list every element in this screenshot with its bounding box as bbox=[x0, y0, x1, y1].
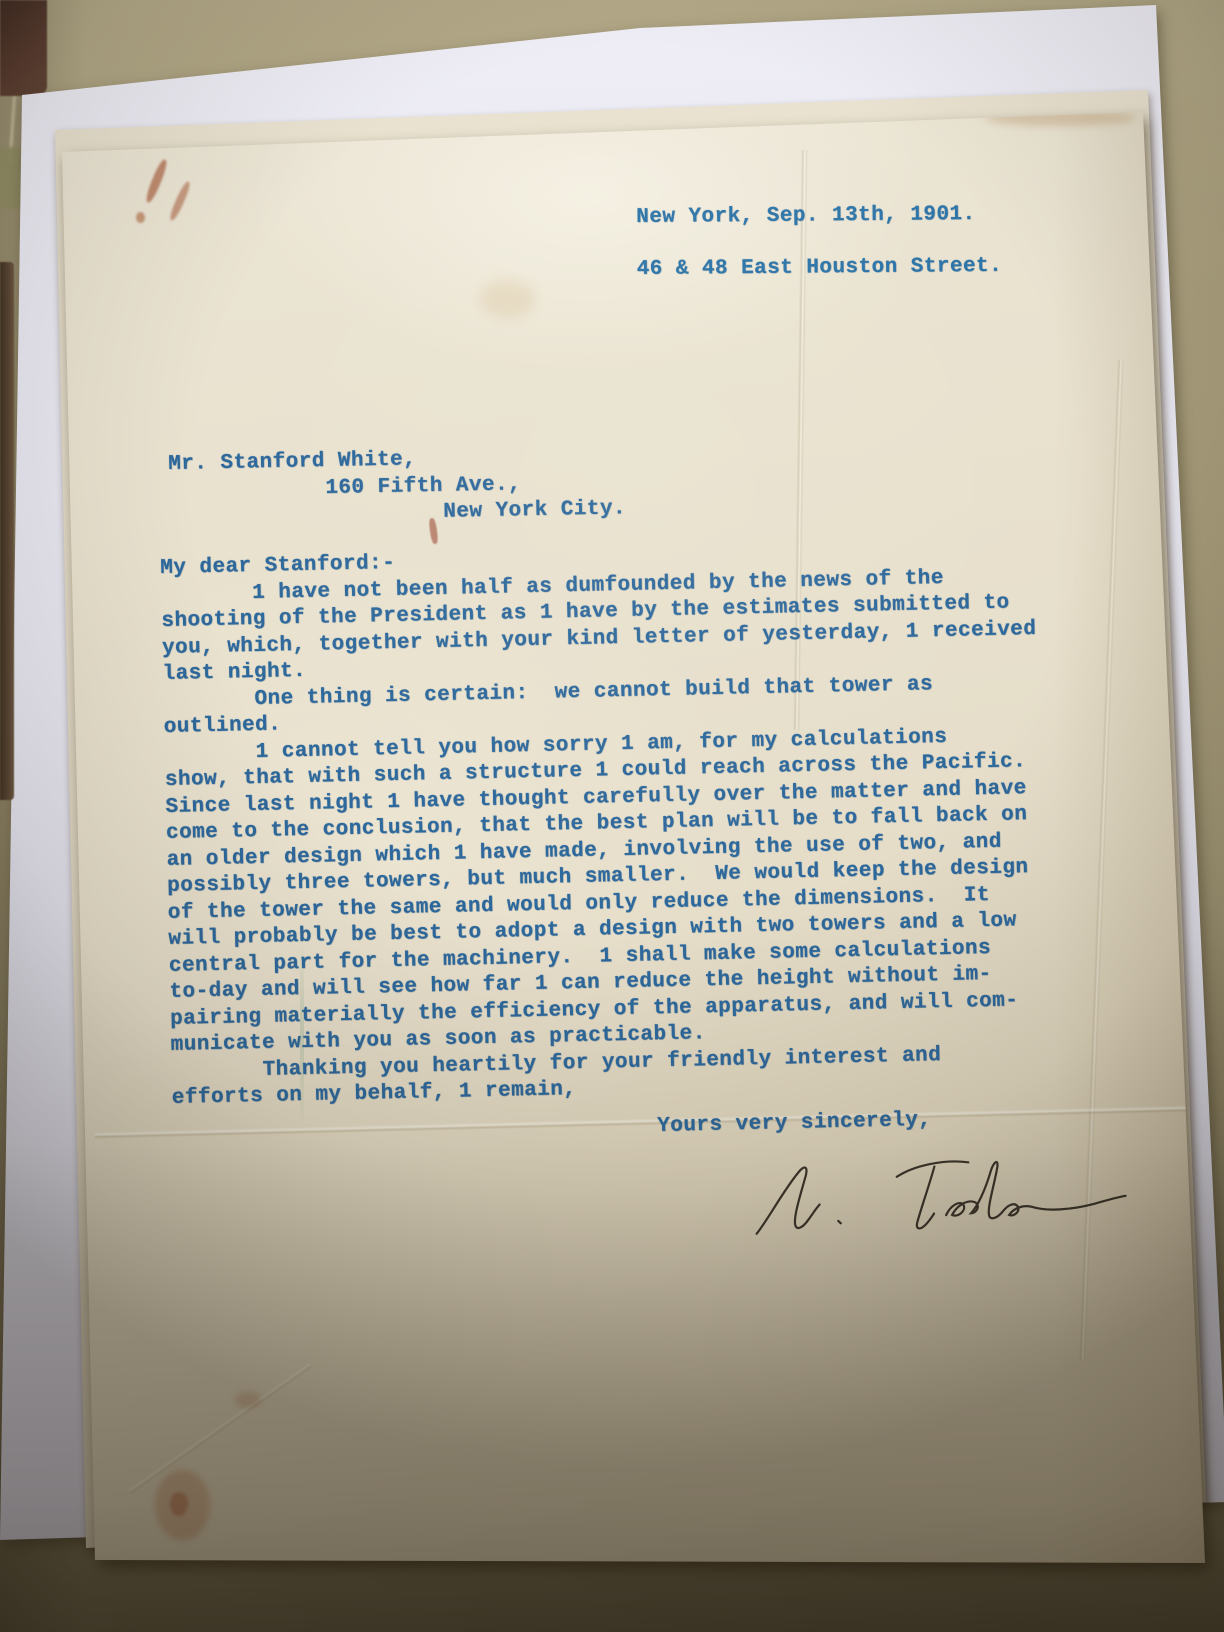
signature-stroke-tstem bbox=[915, 1166, 937, 1228]
paper-stain bbox=[235, 1392, 261, 1408]
street-address-line: 46 & 48 East Houston Street. bbox=[636, 241, 1002, 296]
photo-of-letter: New York, Sep. 13th, 1901. 46 & 48 East … bbox=[0, 0, 1224, 1632]
letter-page: New York, Sep. 13th, 1901. 46 & 48 East … bbox=[0, 0, 1224, 1632]
closing-block: Yours very sincerely, bbox=[657, 1108, 932, 1141]
paper-stain bbox=[136, 212, 145, 223]
signature-stroke-esla bbox=[944, 1158, 1126, 1220]
paper-stain bbox=[985, 110, 1135, 126]
paper-stain bbox=[480, 280, 535, 318]
closing-line: Yours very sincerely, bbox=[657, 1108, 932, 1141]
signature-stroke-dot bbox=[838, 1221, 841, 1224]
handwritten-signature bbox=[748, 1145, 1131, 1250]
letter-body: My dear Stanford:- 1 have not been half … bbox=[160, 537, 1046, 1112]
signature-stroke-n bbox=[754, 1167, 820, 1234]
paper-stain bbox=[168, 180, 192, 222]
dateline-block: New York, Sep. 13th, 1901. 46 & 48 East … bbox=[636, 189, 1002, 296]
letter-paper: New York, Sep. 13th, 1901. 46 & 48 East … bbox=[0, 0, 1224, 1632]
date-line: New York, Sep. 13th, 1901. bbox=[636, 189, 1002, 244]
paper-stain bbox=[170, 1492, 188, 1516]
paper-crease bbox=[128, 1363, 312, 1495]
paper-stain bbox=[144, 158, 170, 204]
recipient-block: Mr. Stanford White, 160 Fifth Ave., New … bbox=[168, 443, 626, 531]
